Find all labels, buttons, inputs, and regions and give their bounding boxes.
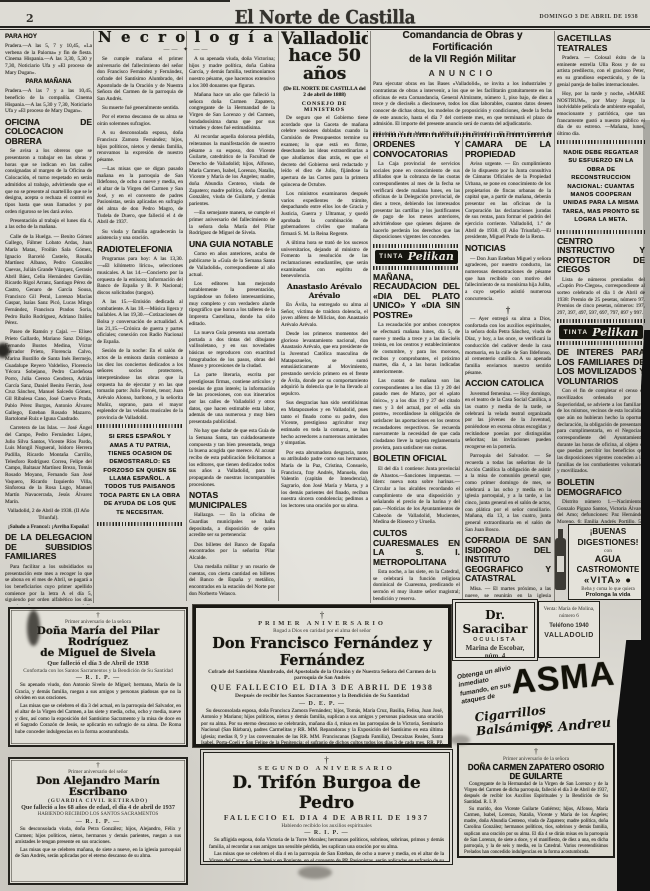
necrologia-title: N e c r o l o g í a xyxy=(96,28,277,46)
anastasio-paragraph: Sus desgracias han sido sentidísimas en … xyxy=(281,400,368,447)
obituary-body: Congregante de la Hermandad de la Virgen… xyxy=(464,782,608,807)
necro-paragraph: Su muerte fué generalmente sentida. xyxy=(97,105,183,112)
cross-icon: † xyxy=(15,762,181,769)
anastasio-paragraph: En Ávila, ha entregado su alma al Señor,… xyxy=(281,302,368,329)
separator xyxy=(97,424,183,428)
necro-paragraph: Por el eterno descanso de su alma se oir… xyxy=(97,114,183,127)
gacetillas-paragraph: Pradera. — Colosal éxito de la eminente … xyxy=(557,55,645,88)
necro-paragraph: —Las misas que se digan pasado mañana en… xyxy=(97,166,183,226)
gacetillas-paragraph: Hoy, por la tarde y noche, «MARE NOSTRUM… xyxy=(557,91,645,138)
separator xyxy=(557,230,645,234)
sacraments-line: Después de recibir los Santos Sacramento… xyxy=(201,693,443,700)
cofradia-title: COFRADIA DE SAN ISIDORO DEL INSTITUTO GE… xyxy=(465,536,551,584)
agua-castromonte-ad: ¡BUENAS DIGESTIONES! con AGUA CASTROMONT… xyxy=(552,524,648,600)
tinta-pelikan-ad: TINTA Pelikan xyxy=(559,325,643,339)
asma-headline: ASMA xyxy=(509,655,616,703)
column-1: PARA HOY Pradera.—A las 5, 7 y 10,45, «L… xyxy=(5,31,92,605)
camara-paragraph: Aviso urgente. — En cumplimiento de lo d… xyxy=(465,161,551,241)
column-rule xyxy=(370,31,371,603)
radiotelefonia-title: RADIOTELEFONIA xyxy=(97,245,183,255)
death-date-line: QUE FALLECIO EL DIA 3 DE ABRIL DE 1938 xyxy=(201,683,443,693)
obituary-body: Su desconsolada viuda, doña Petra Gonzál… xyxy=(15,826,181,846)
ordenes-title: ORDENES Y CONVOCATORIAS xyxy=(373,140,460,159)
subsidios-paragraph: Para facilitar a los subsidiados su pres… xyxy=(5,564,92,605)
para-hoy-title: PARA HOY xyxy=(5,34,92,41)
para-hoy-listing: Pradera.—A las 5, 7 y 10,45, «La verbena… xyxy=(5,43,92,76)
obituary-body: Las misas que se celebren el día 4 en la… xyxy=(209,851,444,862)
saracibar-name: Dr. Saracibar xyxy=(458,608,532,636)
pelikan-logo-text: Pelikan xyxy=(408,250,454,263)
obituary-body: Su marido, don Vicente Guilarte Gutiérre… xyxy=(464,807,608,856)
column-2: Se cumple mañana el primer aniversario d… xyxy=(97,56,183,602)
anastasio-paragraph: Por esta abrumadora desgracia, tanto su … xyxy=(281,450,368,510)
radio-paragraph: Programas para hoy: A las 13,30.—«El kil… xyxy=(97,256,183,296)
agua-ad-line: CASTROMONTE xyxy=(571,565,645,575)
deceased-name: Escribano xyxy=(15,787,181,798)
notas-paragraph: Una medalla militar y un rosario de cuen… xyxy=(189,564,275,597)
consejo-ministros-kicker: CONSEJO DE MINISTROS xyxy=(281,101,368,113)
obituary-carmen-zapatero: † Primer aniversario de la señora DOÑA C… xyxy=(457,743,615,858)
comandancia-title-line2: de la VII Región Militar xyxy=(373,54,552,66)
comandancia-title-line1: Comandancia de Obras y Fortificación xyxy=(373,30,552,54)
sacraments-line: Habiendo recibido los auxilios espiritua… xyxy=(209,823,444,830)
venta-city: VALLADOLID xyxy=(541,632,597,639)
boletin-oficial-title: BOLETIN OFICIAL xyxy=(373,454,460,464)
necro-paragraph: —En semejante manera, se cumple el prime… xyxy=(189,210,275,237)
column-rule xyxy=(186,31,187,601)
lista-islas: Carretera de las Islas. — José Ángel del… xyxy=(5,425,92,505)
column-rule xyxy=(278,31,279,601)
obituary-trifon-burgoa: † SEGUNDO ANIVERSARIO D. Trifón Burgoa d… xyxy=(203,752,450,862)
ordenes-paragraph: La Caja provincial de servicios sociales… xyxy=(373,161,460,241)
agua-ad-line: DIGESTIONES! xyxy=(571,537,645,548)
obituary-francisco-fernandez: † PRIMER ANIVERSARIO Rogad a Dios en car… xyxy=(193,605,451,747)
anuncio-text: Para ejecutar obras en las Bases «Vallad… xyxy=(373,81,552,128)
necrologia-ornament: —— ✦ —— xyxy=(96,46,277,53)
sacraments-line: Confortada con los Santos Sacramentos y … xyxy=(15,668,181,675)
patriotic-slogan: SI ERES ESPAÑOL Y AMAS A TU PATRIA, TIEN… xyxy=(97,430,183,520)
column-rule xyxy=(462,136,463,600)
rip-line: — R. I. P. — xyxy=(15,819,181,825)
separator xyxy=(557,140,645,144)
lista-cajal: Paseo de Ramón y Cajal. — Eliseo Prieto … xyxy=(5,329,92,422)
rip-line: — R. I. P. — xyxy=(15,675,181,681)
demografico-paragraph: Distrito número 1.—Nacimientos: Gonzalo … xyxy=(557,499,645,523)
boletin-demografico-title: BOLETIN DEMOGRAFICO xyxy=(557,478,645,497)
anastasio-title: Anastasio Arévalo Arévalo xyxy=(281,283,368,300)
scan-smudge xyxy=(450,735,470,745)
obituary-kicker: SEGUNDO ANIVERSARIO xyxy=(209,765,444,773)
column-7: GACETILLAS TEATRALES Pradera. — Colosal … xyxy=(557,31,645,523)
deceased-name: Don Francisco Fernández y Fernández xyxy=(201,635,443,669)
deceased-name: Don Alejandro Marín xyxy=(15,776,181,787)
valladolid-50-title-line2: hace 50 años xyxy=(281,48,368,83)
death-date-line: FALLECIO EL DIA 4 DE ABRIL DE 1937 xyxy=(209,813,444,822)
column-4: Valladolid hace 50 años (De EL NORTE DE … xyxy=(281,31,368,603)
deceased-titles: Cofrade del Santísimo Alumbrado, del Apo… xyxy=(201,669,443,682)
obituary-body: Las misas que se celebren el día 3 del a… xyxy=(15,703,181,736)
necrologia-header: N e c r o l o g í a —— ✦ —— xyxy=(96,28,277,56)
sacraments-line: HABIENDO RECIBIDO LOS SANTOS SACRAMENTOS xyxy=(15,812,181,818)
necro-paragraph: A su apenada viuda, doña Victorina; hijo… xyxy=(189,56,275,89)
comandancia-block: Comandancia de Obras y Fortificación de … xyxy=(373,30,552,135)
cofradia-paragraph: Misa. — El martes próximo, a las nueve, … xyxy=(465,586,551,599)
cross-icon: † xyxy=(201,611,443,620)
agua-ad-line: AGUA xyxy=(571,554,645,565)
column-rule xyxy=(554,31,555,601)
separator xyxy=(557,341,645,345)
oficina-paragraph: Presentación al trabajo el lunes día 4, … xyxy=(5,218,92,231)
para-manana-title: PARA MAÑANA xyxy=(5,79,92,86)
noticias-title: NOTICIAS xyxy=(465,244,551,254)
saracibar-address: Marina de Escobar, núm. 4 xyxy=(458,644,532,658)
plato-unico-paragraph: La recaudación por ambos conceptos se ef… xyxy=(373,322,460,375)
boletin-oficial-paragraph: El del día 1 contiene: Junta provincial … xyxy=(373,466,460,526)
centro-ciegos-paragraph: Lista de números premiados del «Cupón Pr… xyxy=(557,277,645,317)
anastasio-paragraph: Desde los primeros momentos del glorioso… xyxy=(281,331,368,398)
guia-paragraph: La parte literaria, escrita por prestigi… xyxy=(189,372,275,425)
pelikan-word-tinta: TINTA xyxy=(379,253,404,260)
column-3: A su apenada viuda, doña Victorina; hijo… xyxy=(189,56,275,603)
deceased-name: DOÑA CARMEN ZAPATERO OSORIO DE GUILARTE xyxy=(464,763,608,781)
death-date-line: Que falleció el día 3 de Abril de 1938 xyxy=(15,660,181,668)
obituary-body: Las misas que se celebren mañana, de sie… xyxy=(15,847,181,860)
separator xyxy=(97,522,183,526)
v50-paragraph: Los ministros examinaron después varios … xyxy=(281,191,368,238)
fecha-line: Valladolid, 2 de Abril de 1938. (II Año … xyxy=(5,508,92,521)
oficina-paragraph: Se avisa a los obreros que se presentaro… xyxy=(5,148,92,215)
rip-line: — R. I. P. — xyxy=(209,830,444,836)
pelikan-logo-text: Pelikan xyxy=(592,326,638,339)
asma-ad: Obtenga un alivio inmediato fumando, en … xyxy=(457,663,617,741)
guia-notable-title: UNA GUIA NOTABLE xyxy=(189,240,275,250)
cross-icon: † xyxy=(15,612,181,619)
para-manana-listing: Pradera.—A las 7 y a las 10,45, benefici… xyxy=(5,88,92,115)
venta-address: Venta: María de Molina, número 6 xyxy=(541,606,597,620)
plato-unico-paragraph: Las cuotas de mañana son las correspondi… xyxy=(373,378,460,451)
rip-line: — D. E. P. — xyxy=(201,701,443,707)
deceased-role: (GUARDIA CIVIL RETIRADO) xyxy=(15,798,181,805)
saracibar-ad: Dr. Saracibar OCULISTA Marina de Escobar… xyxy=(455,602,535,658)
deceased-name: de Miguel de Sivela xyxy=(15,648,181,659)
centro-ciegos-title: CENTRO INSTRUCTIVO Y PROTECTOR DE CIEGOS xyxy=(557,237,645,275)
saludo-line: ¡Saludo a Franco!: ¡Arriba España! xyxy=(5,524,92,531)
obituary-kicker: PRIMER ANIVERSARIO xyxy=(201,620,443,628)
separator xyxy=(373,244,460,248)
column-6: CAMARA DE LA PROPIEDAD Aviso urgente. — … xyxy=(465,137,551,599)
death-date-line: Que falleció a los 68 años de edad, el d… xyxy=(15,804,181,812)
agua-ad-line: ¡BUENAS xyxy=(571,527,645,537)
scan-artifact xyxy=(0,0,230,2)
guia-paragraph: No hay que dudar de que esta Guía de la … xyxy=(189,428,275,488)
cultos-title: CULTOS CUARESMALES EN LA S. I. METROPOLI… xyxy=(373,529,460,567)
necro-paragraph: Mañana hace un año que falleció la señor… xyxy=(189,92,275,132)
plato-unico-title: MAÑANA, RECAUDACION DEL «DIA DEL PLATO U… xyxy=(373,273,460,321)
bottle-icon xyxy=(555,538,566,590)
lista-huelga: Calle de la Huelga. — Benito Gómez Galle… xyxy=(5,234,92,327)
caps-announcement: NADIE DEBE REGATEAR SU ESFUERZO EN LA OB… xyxy=(557,146,645,228)
radio-paragraph: Sesión de la noche: En el salón de actos… xyxy=(97,348,183,421)
interes-paragraph: Con el fin de completar el censo de movi… xyxy=(557,388,645,475)
gacetillas-title: GACETILLAS TEATRALES xyxy=(557,34,645,53)
venta-phone: Teléfono 1940 xyxy=(541,623,597,629)
newspaper-page: 2 El Norte de Castilla DOMINGO 3 DE ABRI… xyxy=(0,0,650,891)
column-rule xyxy=(93,31,94,603)
notas-paragraph: Hallazgo. — En la oficina de Guardias mu… xyxy=(189,512,275,539)
noticias-paragraph: — Don Juan Esteban Miguel y señora agrad… xyxy=(465,256,551,303)
obituary-alejandro-marin: † Primer aniversario del señor Don Aleja… xyxy=(8,757,188,885)
separator xyxy=(373,266,460,270)
agua-ad-tagline: Prolonga la vida xyxy=(571,592,645,599)
camara-propiedad-title: CAMARA DE LA PROPIEDAD xyxy=(465,140,551,159)
subsidios-title: DE LA DELEGACION DE SUBSIDIOS FAMILIARES xyxy=(5,533,92,562)
radio-paragraph: A las 15.—Emisión dedicada al combatient… xyxy=(97,299,183,346)
accion-paragraph: Juventud femenina. — Hoy domingo, en el … xyxy=(465,391,551,451)
interes-movilizados-title: DE INTERES PARA LOS FAMILIARES DE LOS MO… xyxy=(557,348,645,386)
cross-icon: † xyxy=(209,756,444,765)
scan-artifact xyxy=(641,330,650,642)
scan-smudge xyxy=(27,610,40,646)
accion-paragraph: Parroquia del Salvador. — Se recuerda a … xyxy=(465,453,551,533)
v50-paragraph: De seguro que el Gobierno tiene acordado… xyxy=(281,115,368,188)
obituary-lead: Rogad a Dios en caridad por el alma del … xyxy=(201,628,443,635)
deceased-name: D. Trifón Burgoa de Pedro xyxy=(209,773,444,813)
cross-icon: † xyxy=(464,748,608,756)
saracibar-role: OCULISTA xyxy=(458,637,532,643)
v50-paragraph: A última hora se trató de los sucesos un… xyxy=(281,240,368,280)
scan-artifact xyxy=(617,640,650,891)
dateline: DOMINGO 3 DE ABRIL DE 1938 xyxy=(539,14,638,20)
oficina-colocacion-title: OFICINA DE COLOCACION OBRERA xyxy=(5,118,92,147)
necro-paragraph: Su viuda y familia agradecerán la asiste… xyxy=(97,229,183,242)
scan-smudge xyxy=(298,866,332,879)
cross-icon: † xyxy=(465,305,551,316)
scan-artifact xyxy=(643,120,650,340)
separator xyxy=(557,319,645,323)
obituary-body: Su apenado viudo, don Antonio Sivelo de … xyxy=(15,682,181,702)
guia-paragraph: Los editores han mejorado notablemente l… xyxy=(189,281,275,328)
obituary-body: Su desconsolada esposa, doña Francisca Z… xyxy=(201,708,443,747)
valladolid-50-subtitle: (De EL NORTE DE CASTILLA del 2 de abril … xyxy=(283,86,366,98)
agua-venta-box: Venta: María de Molina, número 6 Teléfon… xyxy=(538,601,600,658)
tinta-pelikan-ad: TINTA Pelikan xyxy=(375,250,458,264)
pelikan-word-tinta: TINTA xyxy=(564,329,589,336)
obituary-kicker: Primer aniversario de la señora xyxy=(464,756,608,763)
notas-paragraph: Dos billetes del Banco de España encontr… xyxy=(189,542,275,562)
accion-catolica-title: ACCION CATOLICA xyxy=(465,379,551,389)
defuncion-paragraph: — Ayer entregó su alma a Dios, confortad… xyxy=(465,316,551,376)
anuncio-heading: ANUNCIO xyxy=(373,68,552,78)
guia-paragraph: La nueva Guía presenta una acertada port… xyxy=(189,330,275,370)
necro-paragraph: A su desconsolada esposa, doña Francisca… xyxy=(97,130,183,163)
column-5: ORDENES Y CONVOCATORIAS La Caja provinci… xyxy=(373,137,460,601)
asma-lead-text: Obtenga un alivio inmediato fumando, en … xyxy=(456,664,517,707)
necro-paragraph: Se cumple mañana el primer aniversario d… xyxy=(97,56,183,103)
notas-municipales-title: NOTAS MUNICIPALES xyxy=(189,491,275,510)
cultos-paragraph: Esta noche, a las siete, en la Catedral,… xyxy=(373,569,460,601)
agua-brand-vita: «VITA» ● xyxy=(571,575,645,587)
guia-paragraph: Como en años anteriores, acaba de public… xyxy=(189,251,275,278)
obituary-body: Su afligida esposa, doña Victoria de la … xyxy=(209,837,444,850)
necro-paragraph: Al recordar aquella dolorosa pérdida, re… xyxy=(189,134,275,207)
